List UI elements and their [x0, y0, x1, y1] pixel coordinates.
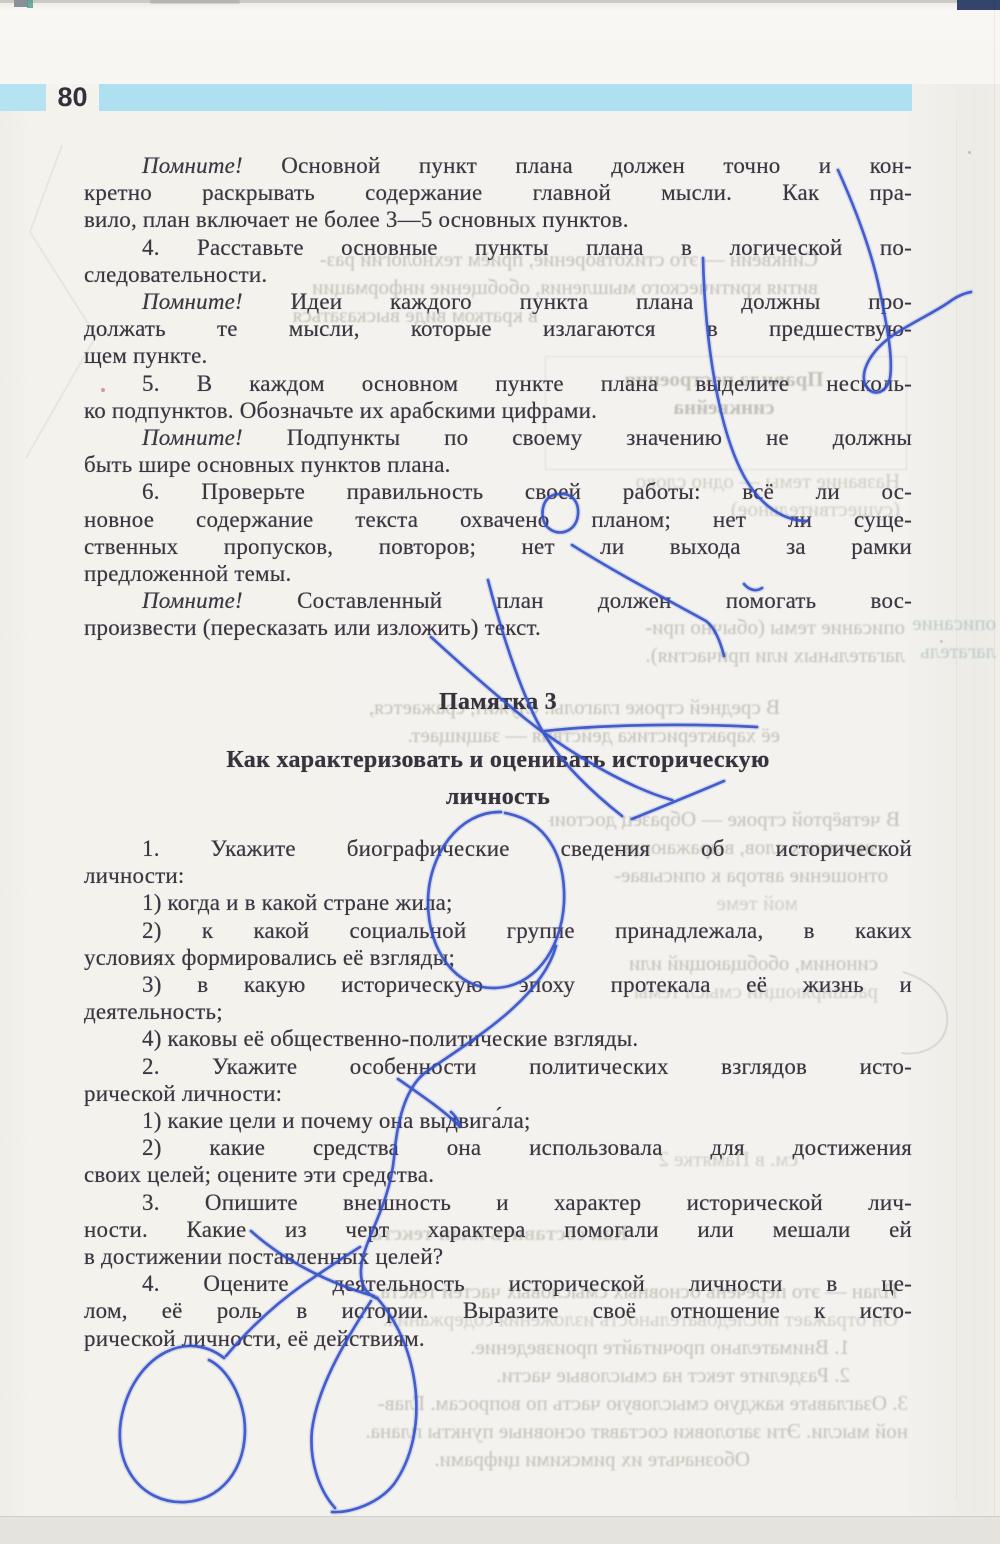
- body-line: лом, её роль в истории. Выразите своё от…: [84, 1297, 912, 1324]
- scan-bottom-strip: [0, 1516, 1000, 1544]
- bleedthrough-text: ной мысли. Эти заголовки составят основн…: [118, 1418, 908, 1444]
- dust-speck: [940, 640, 943, 643]
- body-line: кретно раскрывать содержание главной мыс…: [84, 179, 912, 206]
- page-fold-line: [956, 120, 957, 1500]
- body-line: ственных пропусков, повторов; нет ли вых…: [84, 533, 912, 560]
- body-line: быть шире основных пунктов плана.: [84, 451, 912, 478]
- body-line: должать те мысли, которые излагаются в п…: [84, 315, 912, 342]
- body-line: 4. Оцените деятельность исторической лич…: [84, 1270, 912, 1297]
- emphasis-word: Помните!: [142, 588, 243, 613]
- body-line: следовательности.: [84, 261, 912, 288]
- body-line: 5. В каждом основном пункте плана выдели…: [84, 370, 912, 397]
- memo3-title-line2: личность: [84, 783, 912, 811]
- body-line: Помните! Составленный план должен помога…: [84, 587, 912, 614]
- body-line: 3) в какую историческую эпоху протекала …: [84, 971, 912, 998]
- body-line: предложенной темы.: [84, 560, 912, 587]
- memo2-tail-text: Помните! Основной пункт плана должен точ…: [84, 152, 912, 656]
- body-line: 2. Укажите особенности политических взгл…: [84, 1053, 912, 1080]
- body-line: ности. Какие из черт характера помогали …: [84, 1216, 912, 1243]
- body-line: щем пункте.: [84, 342, 912, 369]
- body-line: 1) какие цели и почему она выдвига́ла;: [84, 1107, 912, 1134]
- emphasis-word: Помните!: [142, 153, 243, 178]
- body-line: 1) когда и в какой стране жила;: [84, 889, 912, 916]
- body-line: 4. Расставьте основные пункты плана в ло…: [84, 234, 912, 261]
- memo3-label: Памятка 3: [84, 688, 912, 716]
- body-line: Помните! Идеи каждого пункта плана должн…: [84, 288, 912, 315]
- body-line: личности:: [84, 862, 912, 889]
- body-line: рической личности:: [84, 1080, 912, 1107]
- body-line: деятельность;: [84, 998, 912, 1025]
- emphasis-word: Помните!: [142, 289, 243, 314]
- body-line: 2) к какой социальной группе принадлежал…: [84, 917, 912, 944]
- body-line: 1. Укажите биографические сведения об ис…: [84, 835, 912, 862]
- dust-speck: [101, 388, 105, 392]
- emphasis-word: Помните!: [142, 425, 243, 450]
- scanned-textbook-page: 80 Синквейн — это стихотворение, приём т…: [0, 0, 1000, 1544]
- bleedthrough-text: её характеристика действия — защищает.: [330, 722, 780, 748]
- body-line: 2) какие средства она использовала для д…: [84, 1134, 912, 1161]
- bleedthrough-text: 3. Озаглавьте каждую смысловую часть по …: [118, 1390, 908, 1416]
- body-line: вило, план включает не более 3—5 основны…: [84, 206, 912, 233]
- bleedthrough-text: Обозначьте их римскими цифрами.: [150, 1446, 750, 1472]
- body-line: своих целей; оцените эти средства.: [84, 1161, 912, 1188]
- body-line: произвести (пересказать или изложить) те…: [84, 614, 912, 641]
- body-line: в достижении поставленных целей?: [84, 1243, 912, 1270]
- memo3-title-line1: Как характеризовать и оценивать историче…: [84, 746, 912, 774]
- page-edge-line: [994, 0, 995, 1544]
- body-line: 4) каковы её общественно-политические вз…: [84, 1025, 912, 1052]
- body-line: Помните! Подпункты по своему значению не…: [84, 424, 912, 451]
- body-line: ко подпунктов. Обозначьте их арабскими ц…: [84, 397, 912, 424]
- body-line: новное содержание текста охвачено планом…: [84, 506, 912, 533]
- body-line: 3. Опишите внешность и характер историче…: [84, 1189, 912, 1216]
- dust-speck: [968, 151, 971, 154]
- body-line: рической личности, её действиям.: [84, 1325, 912, 1352]
- memo3-text: 1. Укажите биографические сведения об ис…: [84, 835, 912, 1367]
- body-line: 6. Проверьте правильность своей работы: …: [84, 478, 912, 505]
- body-line: условиях формировались её взгляды;: [84, 944, 912, 971]
- body-line: Помните! Основной пункт плана должен точ…: [84, 152, 912, 179]
